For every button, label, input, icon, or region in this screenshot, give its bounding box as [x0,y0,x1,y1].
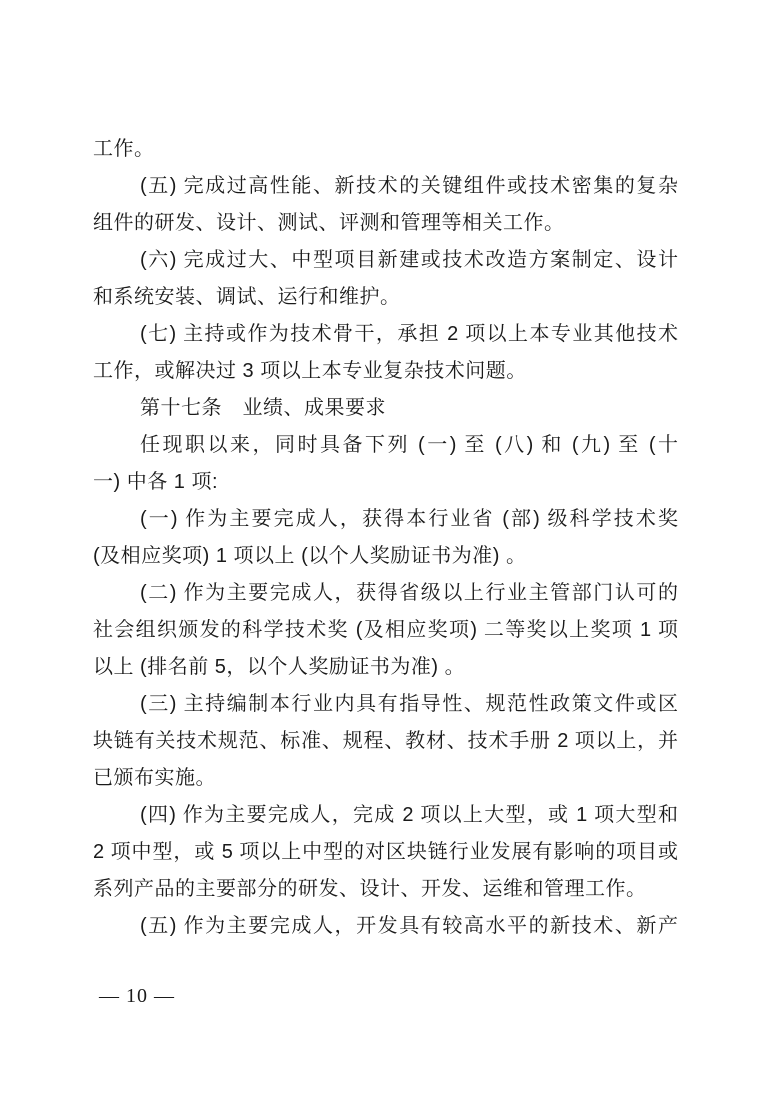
text-line: (三) 主持编制本行业内具有指导性、规范性政策文件或区 [93,686,678,723]
text-line: 组件的研发、设计、测试、评测和管理等相关工作。 [93,205,678,242]
text-line: (六) 完成过大、中型项目新建或技术改造方案制定、设计 [93,242,678,279]
text-line: 和系统安装、调试、运行和维护。 [93,279,678,316]
text-line: 2 项中型，或 5 项以上中型的对区块链行业发展有影响的项目或 [93,834,678,871]
text-line: 社会组织颁发的科学技术奖 (及相应奖项) 二等奖以上奖项 1 项 [93,612,678,649]
page-number: — 10 — [99,982,175,1010]
text-line: (及相应奖项) 1 项以上 (以个人奖励证书为准) 。 [93,538,678,575]
text-line: 块链有关技术规范、标准、规程、教材、技术手册 2 项以上，并 [93,723,678,760]
text-line: 任现职以来，同时具备下列 (一) 至 (八) 和 (九) 至 (十 [93,427,678,464]
text-line: 工作。 [93,131,678,168]
text-line: (五) 作为主要完成人，开发具有较高水平的新技术、新产 [93,908,678,945]
text-line: (二) 作为主要完成人，获得省级以上行业主管部门认可的 [93,575,678,612]
text-line: (七) 主持或作为技术骨干，承担 2 项以上本专业其他技术 [93,316,678,353]
text-line: 已颁布实施。 [93,760,678,797]
text-line: 工作，或解决过 3 项以上本专业复杂技术问题。 [93,353,678,390]
text-line: (五) 完成过高性能、新技术的关键组件或技术密集的复杂 [93,168,678,205]
document-body-text: 工作。(五) 完成过高性能、新技术的关键组件或技术密集的复杂组件的研发、设计、测… [93,131,678,945]
text-line: (四) 作为主要完成人，完成 2 项以上大型，或 1 项大型和 [93,797,678,834]
text-line: 系列产品的主要部分的研发、设计、开发、运维和管理工作。 [93,871,678,908]
text-line: 一) 中各 1 项: [93,464,678,501]
article-17-heading: 第十七条 业绩、成果要求 [93,390,678,427]
text-line: (一) 作为主要完成人，获得本行业省 (部) 级科学技术奖 [93,501,678,538]
document-page: 工作。(五) 完成过高性能、新技术的关键组件或技术密集的复杂组件的研发、设计、测… [0,0,777,1099]
text-line: 以上 (排名前 5，以个人奖励证书为准) 。 [93,649,678,686]
